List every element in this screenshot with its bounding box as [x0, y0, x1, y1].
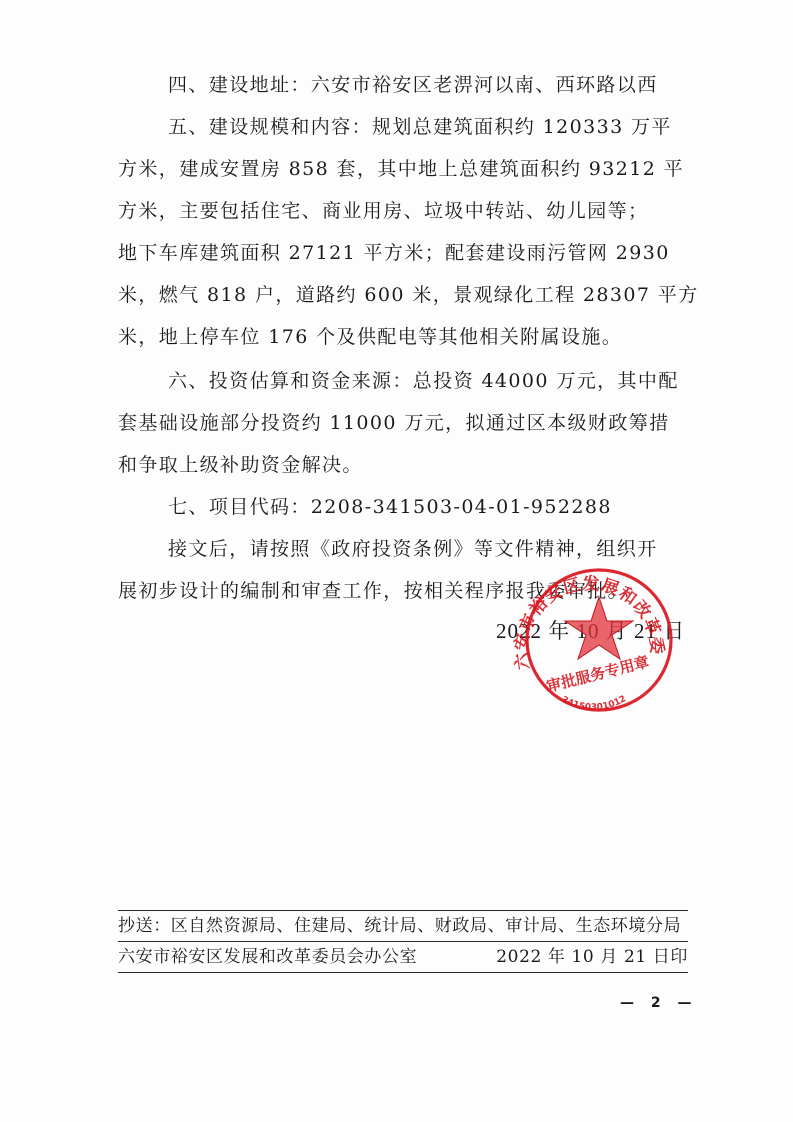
issuer-row: 六安市裕安区发展和改革委员会办公室 2022 年 10 月 21 日印: [118, 943, 688, 971]
document-date: 2022 年 10 月 21 日: [496, 615, 685, 645]
issuer-name: 六安市裕安区发展和改革委员会办公室: [118, 947, 417, 967]
section-6-line-3: 和争取上级补助资金解决。: [118, 444, 363, 486]
section-6-line-1: 六、投资估算和资金来源：总投资 44000 万元，其中配: [168, 360, 679, 402]
closing-line-1: 接文后，请按照《政府投资条例》等文件精神，组织开: [168, 528, 658, 570]
section-5-line-5: 米，燃气 818 户，道路约 600 米，景观绿化工程 28307 平方: [118, 274, 699, 316]
svg-text:审批服务专用章: 审批服务专用章: [545, 653, 651, 696]
section-5-line-4: 地下车库建筑面积 27121 平方米；配套建设雨污管网 2930: [118, 232, 670, 274]
section-5-line-6: 米，地上停车位 176 个及供配电等其他相关附属设施。: [118, 316, 622, 358]
footer-rule-top: [118, 910, 688, 911]
footer-rule-bottom: [118, 972, 688, 973]
document-page: 四、建设地址：六安市裕安区老淠河以南、西环路以西 五、建设规模和内容：规划总建筑…: [0, 0, 793, 1122]
section-5-line-1: 五、建设规模和内容：规划总建筑面积约 120333 万平: [168, 106, 672, 148]
page-number: — 2 —: [620, 995, 698, 1011]
section-5-line-3: 方米，主要包括住宅、商业用房、垃圾中转站、幼儿园等；: [118, 190, 648, 232]
svg-text:34150301012: 34150301012: [559, 694, 628, 713]
cc-recipients: 抄送：区自然资源局、住建局、统计局、财政局、审计局、生态环境分局: [118, 912, 688, 940]
section-4-line-1: 四、建设地址：六安市裕安区老淠河以南、西环路以西: [168, 64, 658, 106]
section-7-line-1: 七、项目代码：2208-341503-04-01-952288: [168, 486, 612, 528]
section-5-line-2: 方米，建成安置房 858 套，其中地上总建筑面积约 93212 平: [118, 148, 684, 190]
print-date: 2022 年 10 月 21 日印: [496, 943, 688, 971]
footer-rule-middle: [118, 941, 688, 942]
closing-line-2: 展初步设计的编制和审查工作，按相关程序报我委审批。: [118, 570, 628, 612]
section-6-line-2: 套基础设施部分投资约 11000 万元，拟通过区本级财政筹措: [118, 402, 670, 444]
